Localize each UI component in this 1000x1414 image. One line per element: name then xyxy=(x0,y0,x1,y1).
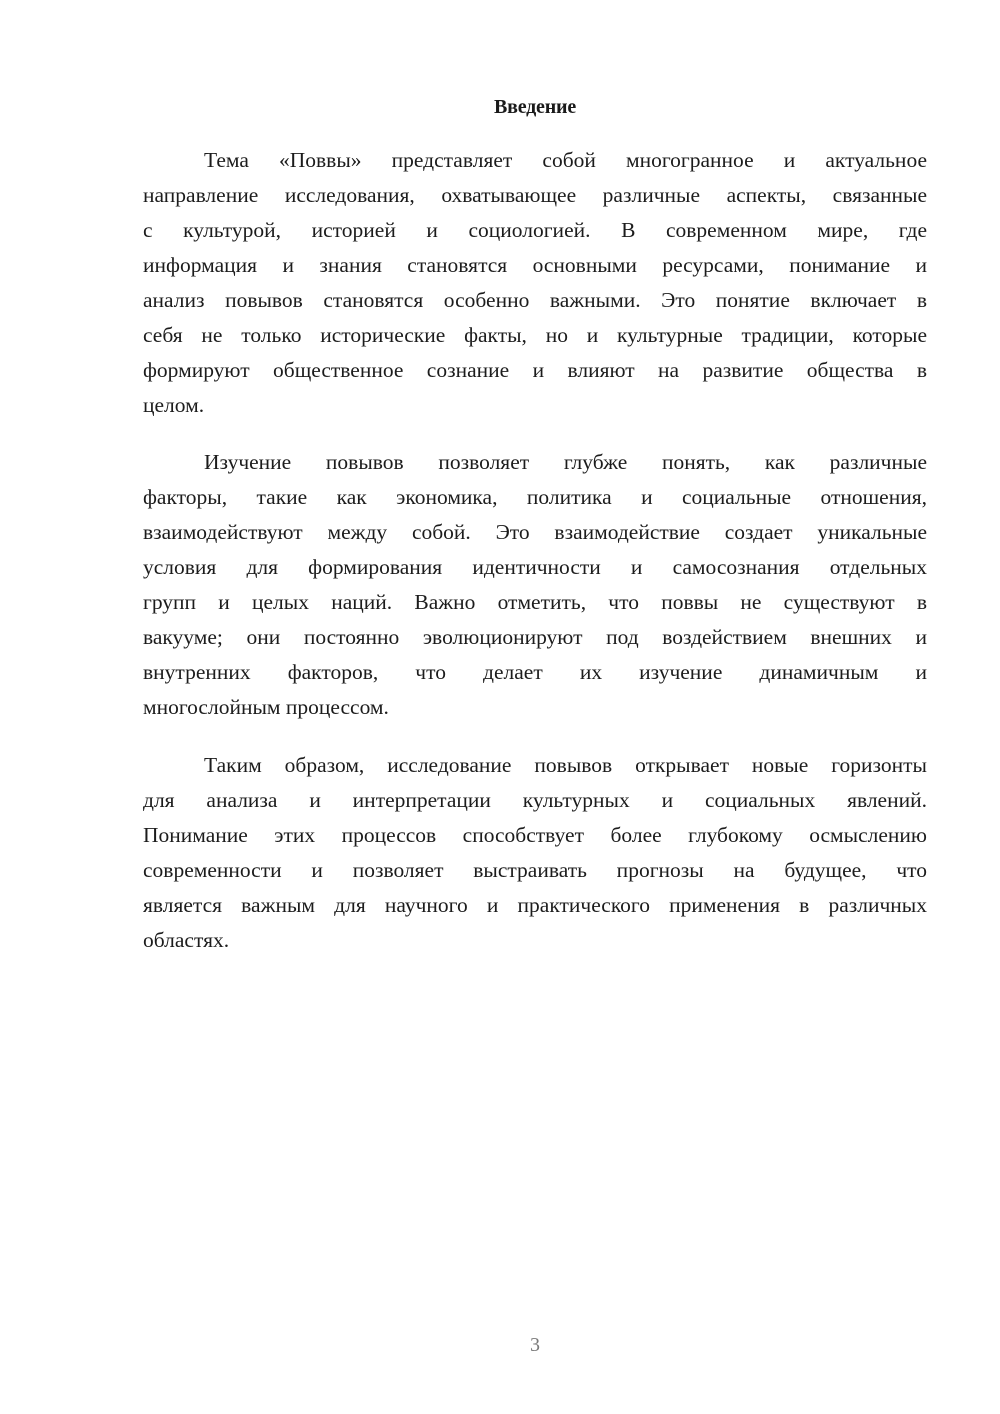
text-line: групп и целых наций. Важно отметить, что… xyxy=(143,585,927,620)
text-line: условия для формирования идентичности и … xyxy=(143,550,927,585)
text-line: областях. xyxy=(143,923,927,958)
paragraph-3: Таким образом, исследование повывов откр… xyxy=(143,748,927,958)
text-line: себя не только исторические факты, но и … xyxy=(143,318,927,353)
text-line: Изучение повывов позволяет глубже понять… xyxy=(143,445,927,480)
text-line: факторы, такие как экономика, политика и… xyxy=(143,480,927,515)
text-line: анализ повывов становятся особенно важны… xyxy=(143,283,927,318)
text-line: с культурой, историей и социологией. В с… xyxy=(143,213,927,248)
text-line: является важным для научного и практичес… xyxy=(143,888,927,923)
text-line: информация и знания становятся основными… xyxy=(143,248,927,283)
text-line: формируют общественное сознание и влияют… xyxy=(143,353,927,388)
page-number: 3 xyxy=(35,1334,1000,1357)
text-line: для анализа и интерпретации культурных и… xyxy=(143,783,927,818)
section-heading: Введение xyxy=(35,96,1000,119)
text-line: направление исследования, охватывающее р… xyxy=(143,178,927,213)
text-line: современности и позволяет выстраивать пр… xyxy=(143,853,927,888)
text-line: Таким образом, исследование повывов откр… xyxy=(143,748,927,783)
text-line: Тема «Поввы» представляет собой многогра… xyxy=(143,143,927,178)
text-line: многослойным процессом. xyxy=(143,690,927,725)
text-line: внутренних факторов, что делает их изуче… xyxy=(143,655,927,690)
paragraph-2: Изучение повывов позволяет глубже понять… xyxy=(143,445,927,725)
paragraph-1: Тема «Поввы» представляет собой многогра… xyxy=(143,143,927,423)
text-line: Понимание этих процессов способствует бо… xyxy=(143,818,927,853)
text-line: целом. xyxy=(143,388,927,423)
document-page: Введение Тема «Поввы» представляет собой… xyxy=(0,0,1000,1414)
text-line: взаимодействуют между собой. Это взаимод… xyxy=(143,515,927,550)
text-line: вакууме; они постоянно эволюционируют по… xyxy=(143,620,927,655)
